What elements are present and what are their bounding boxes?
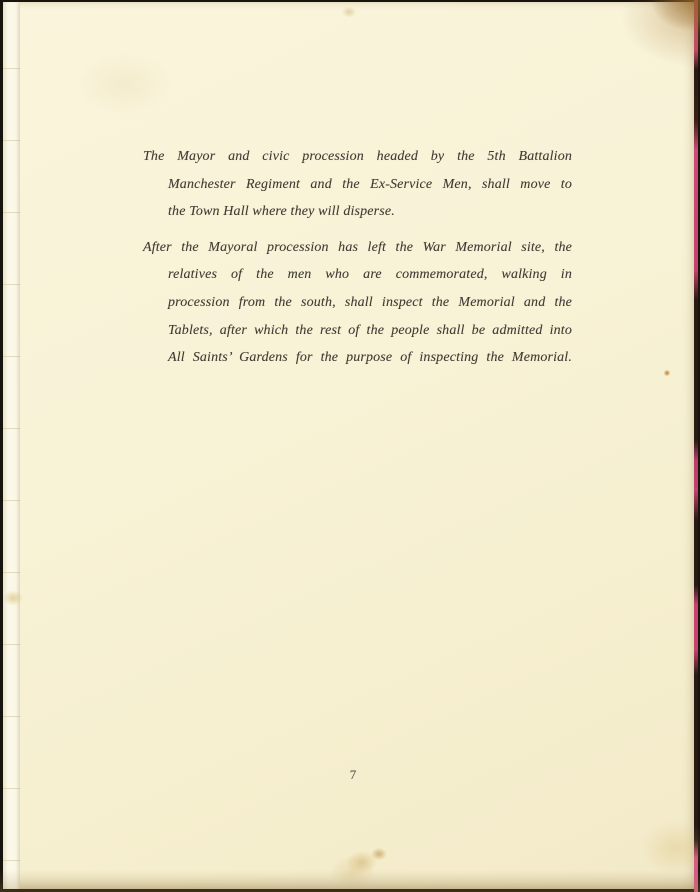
paper-sheet: The Mayor and civic procession headed by… [3,2,694,889]
text-line: The Mayor and civic procession headed by… [143,143,572,171]
text-line: relatives of the men who are commemorate… [143,261,572,289]
cover-edge-strip [694,0,698,892]
text-line: All Saints’ Gardens for the purpose of i… [143,344,572,372]
binding-edge-strip [3,2,20,889]
text-line: the Town Hall where they will disperse. [143,198,572,226]
paragraph-mayoral-procession-left: After the Mayoral procession has left th… [143,234,572,372]
text-line: procession from the south, shall inspect… [143,289,572,317]
text-line: Tablets, after which the rest of the peo… [143,317,572,345]
body-text-block: The Mayor and civic procession headed by… [143,143,572,380]
text-line: Manchester Regiment and the Ex-Service M… [143,171,572,199]
scanned-document-page: The Mayor and civic procession headed by… [0,0,700,892]
text-line: After the Mayoral procession has left th… [143,234,572,262]
paragraph-mayor-procession: The Mayor and civic procession headed by… [143,143,572,226]
page-number: 7 [333,767,373,783]
